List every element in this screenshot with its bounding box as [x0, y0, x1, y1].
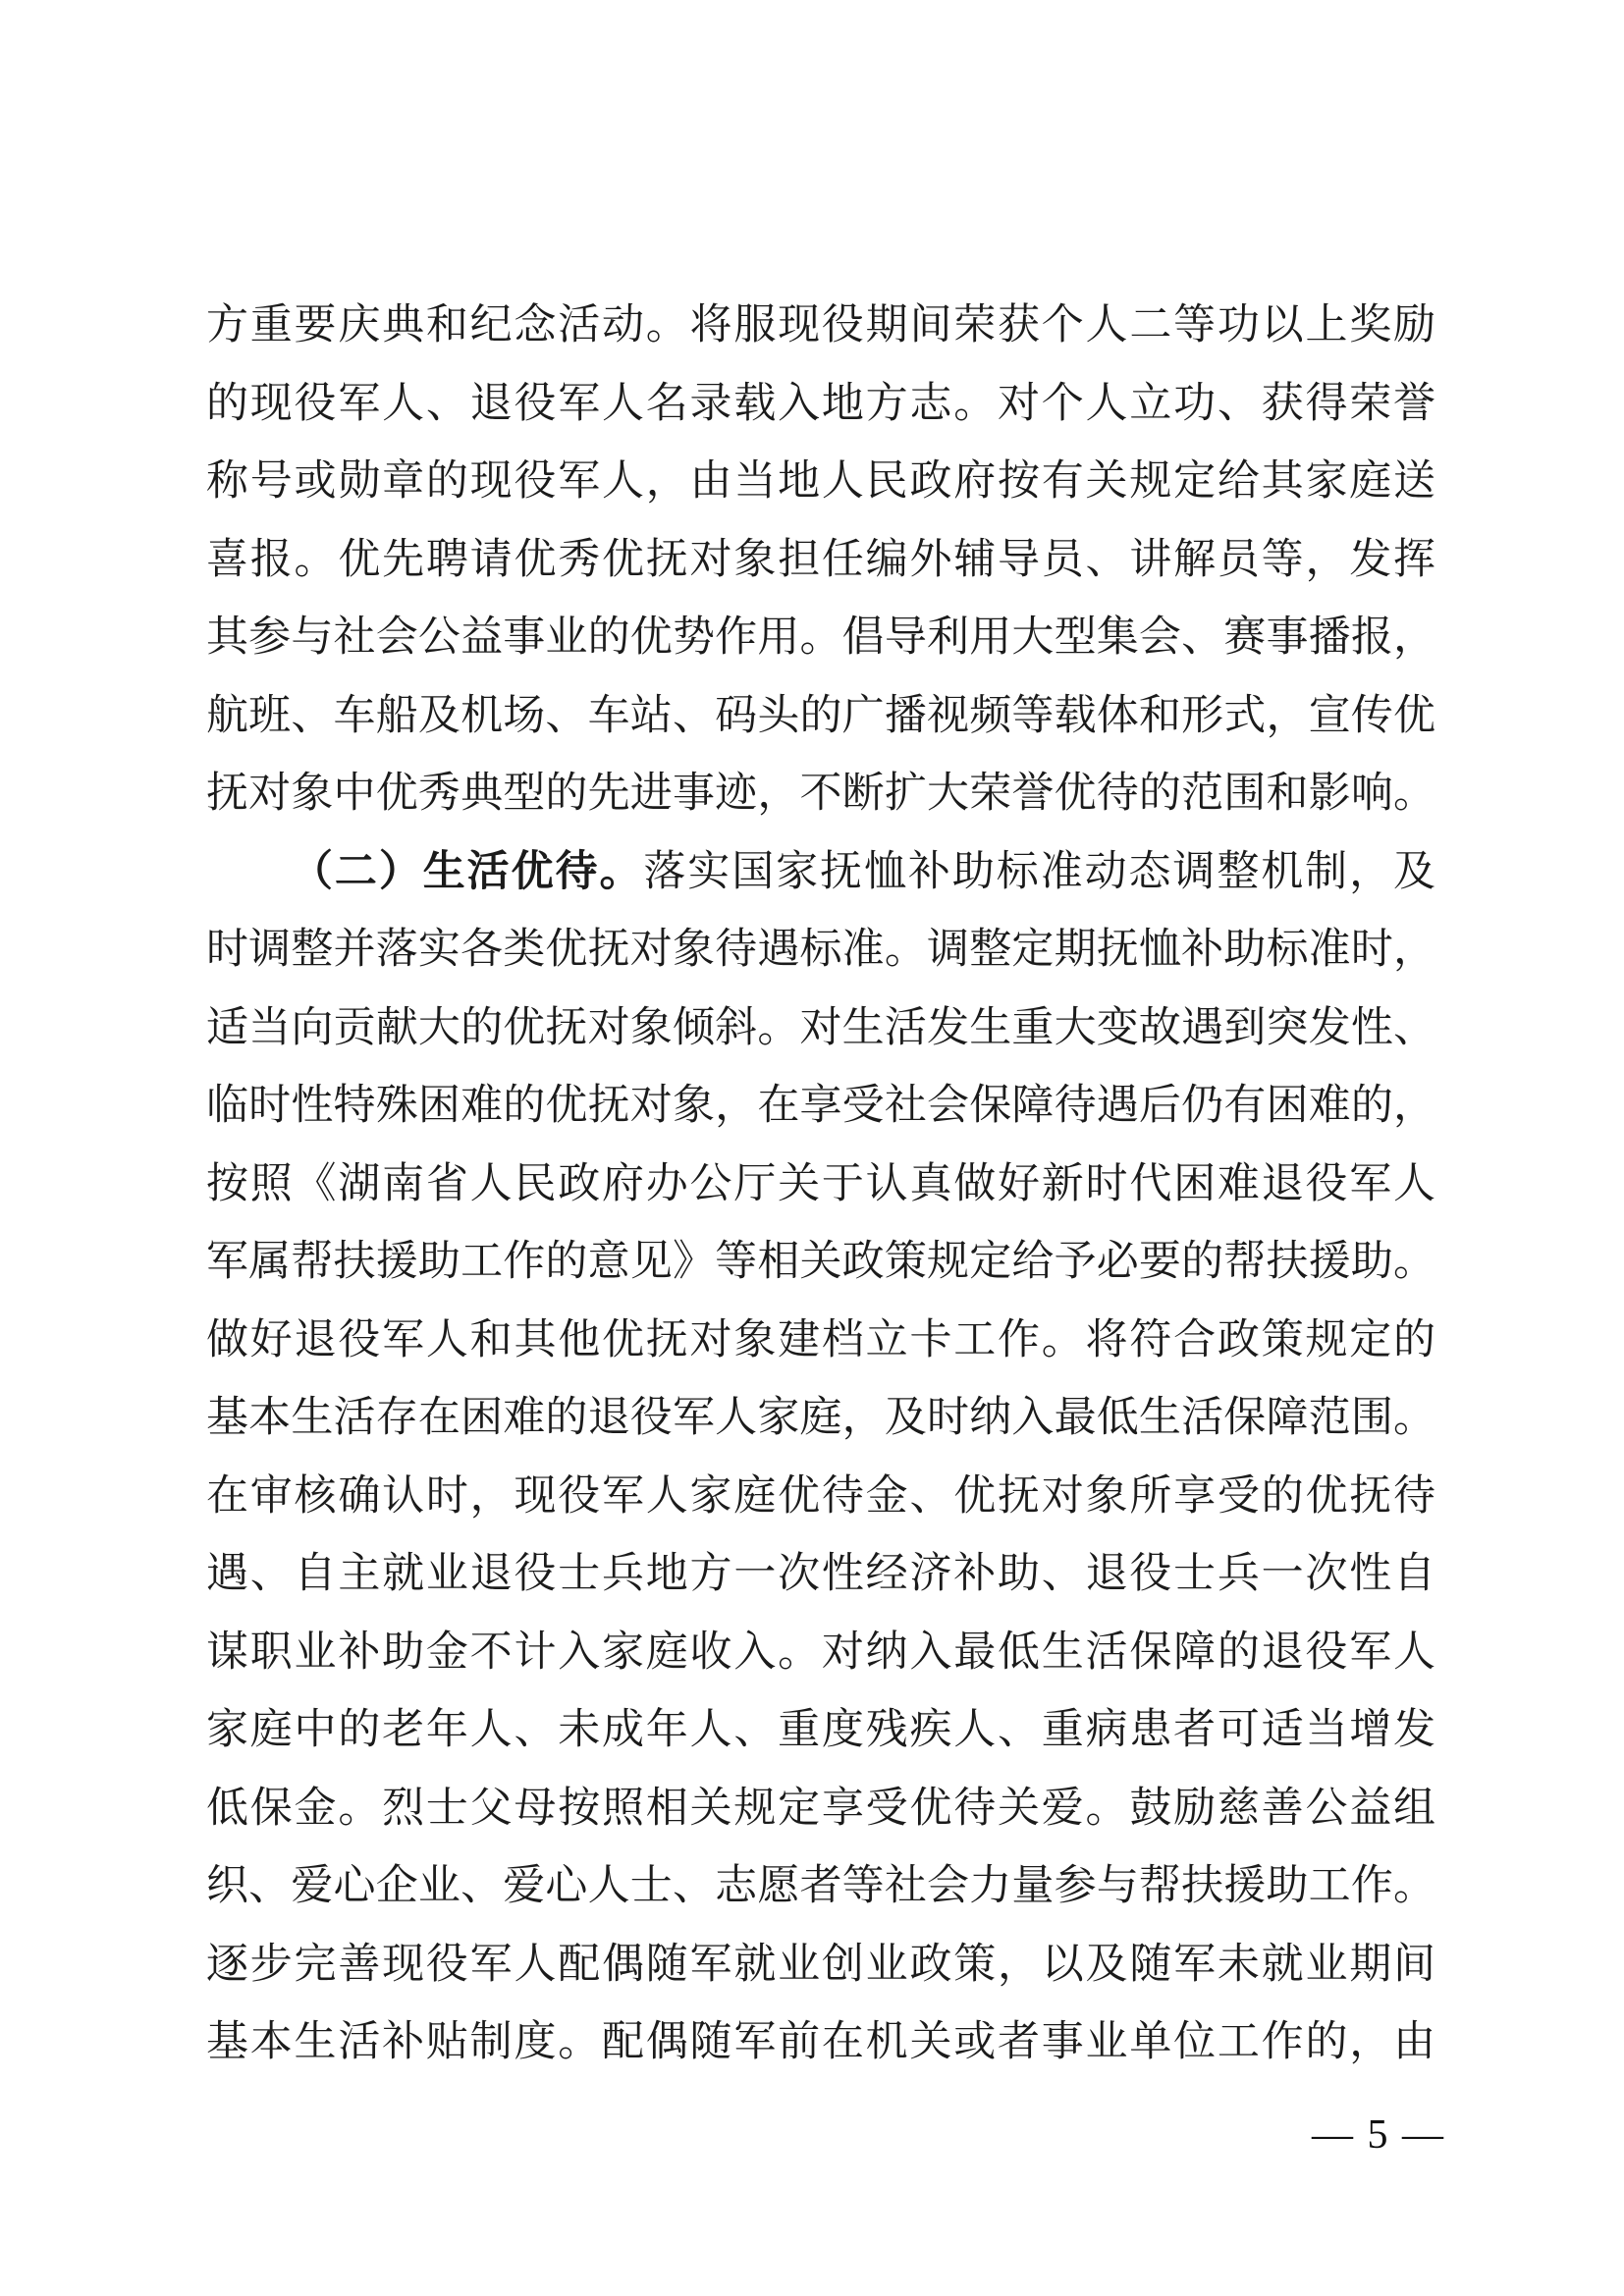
- line-text: 在审核确认时，现役军人家庭优待金、优抚对象所享受的优抚待: [206, 1473, 1435, 1520]
- text-line: 在审核确认时，现役军人家庭优待金、优抚对象所享受的优抚待: [206, 1458, 1435, 1536]
- text-line: （二）生活优待。落实国家抚恤补助标准动态调整机制，及: [206, 833, 1435, 912]
- text-line: 基本生活存在困难的退役军人家庭，及时纳入最低生活保障范围。: [206, 1379, 1435, 1458]
- line-text: 临时性特殊困难的优抚对象，在享受社会保障待遇后仍有困难的，: [206, 1083, 1435, 1129]
- body-text: 方重要庆典和纪念活动。将服现役期间荣获个人二等功以上奖励的现役军人、退役军人名录…: [206, 287, 1435, 2082]
- text-line: 基本生活补贴制度。配偶随军前在机关或者事业单位工作的，由: [206, 2003, 1435, 2082]
- line-text: 适当向贡献大的优抚对象倾斜。对生活发生重大变故遇到突发性、: [206, 1005, 1435, 1051]
- page-number: — 5 —: [1312, 2110, 1445, 2160]
- text-line: 适当向贡献大的优抚对象倾斜。对生活发生重大变故遇到突发性、: [206, 989, 1435, 1068]
- text-line: 喜报。优先聘请优秀优抚对象担任编外辅导员、讲解员等，发挥: [206, 521, 1435, 600]
- line-text: 其参与社会公益事业的优势作用。倡导利用大型集会、赛事播报，: [206, 614, 1435, 661]
- text-line: 低保金。烈士父母按照相关规定享受优待关爱。鼓励慈善公益组: [206, 1770, 1435, 1848]
- line-text: 方重要庆典和纪念活动。将服现役期间荣获个人二等功以上奖励: [206, 302, 1435, 348]
- text-line: 家庭中的老年人、未成年人、重度残疾人、重病患者可适当增发: [206, 1691, 1435, 1770]
- text-line: 的现役军人、退役军人名录载入地方志。对个人立功、获得荣誉: [206, 365, 1435, 444]
- text-line: 遇、自主就业退役士兵地方一次性经济补助、退役士兵一次性自: [206, 1535, 1435, 1614]
- text-line: 临时性特殊困难的优抚对象，在享受社会保障待遇后仍有困难的，: [206, 1067, 1435, 1146]
- line-text: 航班、车船及机场、车站、码头的广播视频等载体和形式，宣传优: [206, 693, 1435, 739]
- text-line: 织、爱心企业、爱心人士、志愿者等社会力量参与帮扶援助工作。: [206, 1847, 1435, 1926]
- line-text: 基本生活补贴制度。配偶随军前在机关或者事业单位工作的，由: [206, 2019, 1435, 2065]
- line-text: 织、爱心企业、爱心人士、志愿者等社会力量参与帮扶援助工作。: [206, 1863, 1435, 1909]
- line-text: 抚对象中优秀典型的先进事迹，不断扩大荣誉优待的范围和影响。: [206, 771, 1435, 817]
- text-line: 做好退役军人和其他优抚对象建档立卡工作。将符合政策规定的: [206, 1302, 1435, 1380]
- line-text: 称号或勋章的现役军人，由当地人民政府按有关规定给其家庭送: [206, 458, 1435, 505]
- text-line: 航班、车船及机场、车站、码头的广播视频等载体和形式，宣传优: [206, 677, 1435, 756]
- line-text: 军属帮扶援助工作的意见》等相关政策规定给予必要的帮扶援助。: [206, 1239, 1435, 1285]
- line-text: 按照《湖南省人民政府办公厅关于认真做好新时代困难退役军人: [206, 1161, 1435, 1207]
- section-heading: （二）生活优待。: [291, 849, 643, 895]
- text-line: 逐步完善现役军人配偶随军就业创业政策，以及随军未就业期间: [206, 1926, 1435, 2004]
- line-text: 遇、自主就业退役士兵地方一次性经济补助、退役士兵一次性自: [206, 1551, 1435, 1597]
- line-text: 的现役军人、退役军人名录载入地方志。对个人立功、获得荣誉: [206, 381, 1435, 427]
- line-text: 谋职业补助金不计入家庭收入。对纳入最低生活保障的退役军人: [206, 1629, 1435, 1676]
- text-line: 按照《湖南省人民政府办公厅关于认真做好新时代困难退役军人: [206, 1146, 1435, 1224]
- line-text: 落实国家抚恤补助标准动态调整机制，及: [643, 849, 1435, 895]
- text-line: 其参与社会公益事业的优势作用。倡导利用大型集会、赛事播报，: [206, 599, 1435, 677]
- document-page: 方重要庆典和纪念活动。将服现役期间荣获个人二等功以上奖励的现役军人、退役军人名录…: [0, 0, 1624, 2296]
- line-text: 喜报。优先聘请优秀优抚对象担任编外辅导员、讲解员等，发挥: [206, 537, 1435, 583]
- text-line: 谋职业补助金不计入家庭收入。对纳入最低生活保障的退役军人: [206, 1614, 1435, 1692]
- line-text: 逐步完善现役军人配偶随军就业创业政策，以及随军未就业期间: [206, 1942, 1435, 1988]
- line-text: 时调整并落实各类优抚对象待遇标准。调整定期抚恤补助标准时，: [206, 927, 1435, 973]
- line-text: 做好退役军人和其他优抚对象建档立卡工作。将符合政策规定的: [206, 1317, 1435, 1363]
- text-line: 抚对象中优秀典型的先进事迹，不断扩大荣誉优待的范围和影响。: [206, 755, 1435, 833]
- line-text: 家庭中的老年人、未成年人、重度残疾人、重病患者可适当增发: [206, 1707, 1435, 1753]
- line-text: 基本生活存在困难的退役军人家庭，及时纳入最低生活保障范围。: [206, 1395, 1435, 1441]
- text-line: 军属帮扶援助工作的意见》等相关政策规定给予必要的帮扶援助。: [206, 1223, 1435, 1302]
- text-line: 方重要庆典和纪念活动。将服现役期间荣获个人二等功以上奖励: [206, 287, 1435, 365]
- text-line: 称号或勋章的现役军人，由当地人民政府按有关规定给其家庭送: [206, 443, 1435, 521]
- text-line: 时调整并落实各类优抚对象待遇标准。调整定期抚恤补助标准时，: [206, 911, 1435, 989]
- line-text: 低保金。烈士父母按照相关规定享受优待关爱。鼓励慈善公益组: [206, 1786, 1435, 1832]
